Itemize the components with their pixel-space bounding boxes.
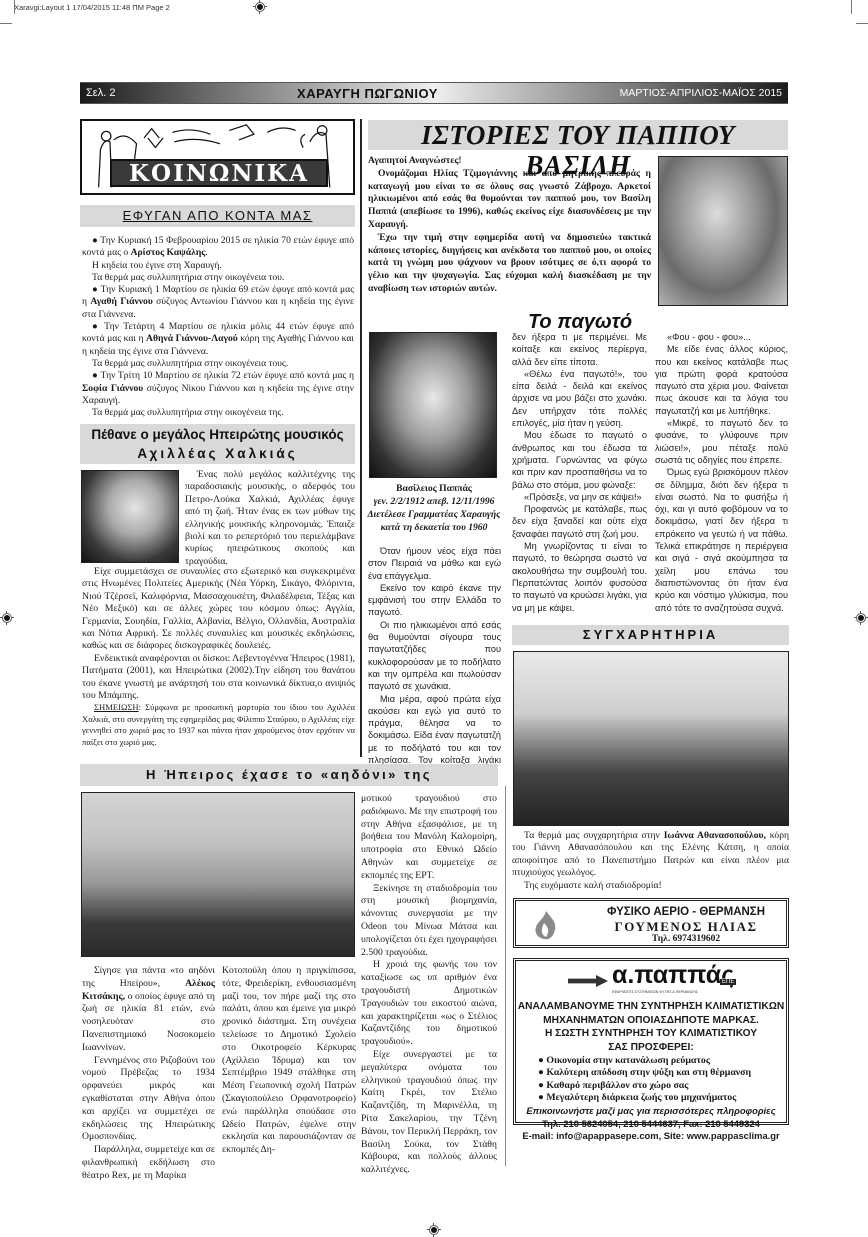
greeting: Αγαπητοί Αναγνώστες! bbox=[368, 155, 651, 168]
paragraph: Τα θερμά μας συγχαρητήρια στην Ιωάννα Αθ… bbox=[512, 830, 789, 880]
note-paragraph: ΣΗΜΕΙΩΣΗ: Σύμφωνα με προσωπική μαρτυρία … bbox=[82, 702, 355, 748]
paragraph: μοτικού τραγουδιού στο ραδιόφωνο. Με την… bbox=[361, 793, 497, 883]
paragraph: Όμως εγώ βρισκόμουν πλέον σε δίλημμα, δι… bbox=[655, 466, 788, 614]
paragraph: Γεννημένος στο Ριζοβούνι του νομού Πρέβε… bbox=[82, 1055, 215, 1145]
ad-cta: Επικοινωνήστε μαζί μας για περισσότερες … bbox=[516, 1105, 786, 1118]
headline-line-1: Πέθανε ο μεγάλος Ηπειρώτης μουσικός bbox=[80, 425, 355, 444]
story-column-1: Όταν ήμουν νέος είχα πάει στον Πειραιά ν… bbox=[368, 545, 501, 779]
obituary-item: ● Την Τρίτη 10 Μαρτίου σε ηλικία 72 ετών… bbox=[82, 370, 354, 407]
paragraph: Παράλληλα, συμμετείχε και σε φιλανθρωπικ… bbox=[82, 1144, 215, 1182]
registration-mark-icon bbox=[427, 1223, 441, 1237]
paragraph: Της ευχόμαστε καλή σταδιοδρομία! bbox=[512, 880, 789, 892]
paragraph: «Πρόσεξε, να μην σε κάψει!» bbox=[512, 491, 647, 503]
benefit-item: ● Καλύτερη απόδοση στην ψύξη και στη θέρ… bbox=[538, 1067, 788, 1079]
photo-chalkias bbox=[81, 470, 179, 563]
article-chalkias-body: Είχε συμμετάσχει σε συναυλίες στο εξωτερ… bbox=[82, 566, 355, 748]
koinonika-logo: ΚΟΙΝΩΝΙΚΑ bbox=[80, 119, 355, 195]
caption-dates: γεν. 2/2/1912 απεβ. 12/11/1996 bbox=[365, 495, 503, 508]
photo-vasilis-pappas bbox=[369, 332, 497, 478]
brand-suffix: ΕΠΕ bbox=[720, 979, 736, 985]
ad-headline: ΑΝΑΛΑΜΒΑΝΟΥΜΕ ΤΗΝ ΣΥΝΤΗΡΗΣΗ ΚΛΙΜΑΤΙΣΤΙΚΩ… bbox=[516, 1000, 786, 1054]
page-number: Σελ. 2 bbox=[86, 87, 115, 99]
ad-caps-line: Η ΣΩΣΤΗ ΣΥΝΤΗΡΗΣΗ ΤΟΥ ΚΛΙΜΑΤΙΣΤΙΚΟΥ bbox=[516, 1027, 786, 1041]
obituary-item: Τα θερμά μας συλλυπητήρια στην οικογένει… bbox=[82, 272, 354, 284]
article-chalkias-intro: Ένας πολύ μεγάλος καλλιτέχνης της παραδο… bbox=[185, 469, 355, 568]
kitsakis-column-3: μοτικού τραγουδιού στο ραδιόφωνο. Με την… bbox=[361, 793, 497, 1177]
photo-family bbox=[513, 651, 789, 826]
ad-contact: Επικοινωνήστε μαζί μας για περισσότερες … bbox=[516, 1105, 786, 1143]
registration-mark-icon bbox=[854, 611, 868, 625]
caption-role: Διετέλεσε Γραμματέας Χαραυγής κατά τη δε… bbox=[365, 508, 503, 534]
section-title: ΕΦΥΓΑΝ ΑΠΟ ΚΟΝΤΑ ΜΑΣ bbox=[123, 208, 313, 223]
paragraph: Όταν ήμουν νέος είχα πάει στον Πειραιά ν… bbox=[368, 545, 501, 582]
print-slug: Xaravgi:Layout 1 17/04/2015 11:48 ΠΜ Pag… bbox=[14, 3, 170, 12]
paragraph: Ξεκίνησε τη σταδιοδρομία του στη μουσική… bbox=[361, 883, 497, 960]
paragraph: Ονομάζομαι Ηλίας Τζιμογιάννης και από μη… bbox=[368, 168, 651, 232]
obituaries-list: ● Την Κυριακή 15 Φεβρουαρίου 2015 σε ηλι… bbox=[82, 235, 354, 419]
headline-kitsakis: Η Ήπειρος έχασε το «αηδόνι» της bbox=[80, 764, 498, 786]
paragraph: «Μικρέ, το παγωτό δεν το φυσάνε, το γλύφ… bbox=[655, 417, 788, 466]
headline-istories: ΙΣΤΟΡΙΕΣ ΤΟΥ ΠΑΠΠΟΥ ΒΑΣΙΛΗ bbox=[368, 120, 788, 150]
paragraph: Είχε συμμετάσχει σε συναυλίες στο εξωτερ… bbox=[82, 566, 355, 653]
ad-caps-line: ΣΑΣ ΠΡΟΣΦΕΡΕΙ: bbox=[516, 1041, 786, 1055]
kitsakis-column-1: Σίγησε για πάντα «το αηδόνι της Ηπείρου»… bbox=[82, 965, 215, 1183]
column-rule bbox=[505, 786, 506, 1166]
benefit-item: ● Μεγαλύτερη διάρκεια ζωής του μηχανήματ… bbox=[538, 1092, 788, 1104]
paragraph: Οι πιο ηλικιωμένοι από εσάς θα θυμούνται… bbox=[368, 619, 501, 693]
congratulations-text: Τα θερμά μας συγχαρητήρια στην Ιωάννα Αθ… bbox=[512, 830, 789, 892]
ad-natural-gas: ΦΥΣΙΚΟ ΑΕΡΙΟ - ΘΕΡΜΑΝΣΗ ΓΟΥΜΕΝΟΣ ΗΛΙΑΣ Τ… bbox=[513, 898, 789, 948]
paragraph: «Φου - φου - φου»... bbox=[655, 331, 788, 343]
ad-line-1: ΦΥΣΙΚΟ ΑΕΡΙΟ - ΘΕΡΜΑΝΣΗ bbox=[586, 906, 786, 918]
paragraph: Εκείνο τον καιρό έκανε την εμφάνισή του … bbox=[368, 582, 501, 619]
headline-congratulations: ΣΥΓΧΑΡΗΤΗΡΙΑ bbox=[512, 625, 789, 645]
ad-phones: Τηλ. 210 5624054, 210 5444637, Fax: 210 … bbox=[516, 1118, 786, 1131]
paragraph: Είχε συνεργαστεί με τα μεγαλύτερα ονόματ… bbox=[361, 1049, 497, 1177]
paragraph: Προφανώς με κατάλαβε, πως δεν είχα ξαναδ… bbox=[512, 503, 647, 540]
obituary-item: Τα θερμά μας συλλυπητήρια στην οικογένει… bbox=[82, 358, 354, 370]
crop-mark bbox=[14, 0, 15, 14]
crop-mark bbox=[856, 23, 868, 24]
crop-mark bbox=[851, 0, 852, 14]
photo-caption: Βασίλειος Παππάς γεν. 2/2/1912 απεβ. 12/… bbox=[365, 482, 503, 534]
paragraph: «Θέλω ένα παγωτό!», του είπα δειλά - δει… bbox=[512, 368, 647, 429]
ad-caps-line: ΑΝΑΛΑΜΒΑΝΟΥΜΕ ΤΗΝ ΣΥΝΤΗΡΗΣΗ ΚΛΙΜΑΤΙΣΤΙΚΩ… bbox=[516, 1000, 786, 1014]
paragraph: Ένας πολύ μεγάλος καλλιτέχνης της παραδο… bbox=[185, 469, 355, 568]
obituary-item: Η κηδεία του έγινε στη Χαραυγή. bbox=[82, 260, 354, 272]
photo-author bbox=[658, 156, 788, 306]
registration-mark-icon bbox=[253, 0, 267, 14]
ad-phone: Τηλ. 6974319602 bbox=[586, 934, 786, 944]
ad-line-2: ΓΟΥΜΕΝΟΣ ΗΛΙΑΣ bbox=[586, 919, 786, 935]
pappas-logo: α.παππάς ΕΦΑΡΜΟΓΕΣ ΣΥΣΤΗΜΑΤΩΝ ΨΥΞΗΣ & ΘΕ… bbox=[568, 967, 748, 997]
paragraph: Κοτοπούλη όπου η πριγκίπισσα, τότε, Φρει… bbox=[222, 965, 356, 1157]
paragraph: Ενδεικτικά αναφέρονται οι δίσκοι: Λεβεντ… bbox=[82, 653, 355, 703]
brand-subtitle: ΕΦΑΡΜΟΓΕΣ ΣΥΣΤΗΜΑΤΩΝ ΨΥΞΗΣ & ΘΕΡΜΑΝΣΗΣ bbox=[612, 990, 698, 994]
ad-benefits-list: ● Οικονομία στην κατανάλωση ρεύματος ● Κ… bbox=[538, 1055, 788, 1105]
ad-caps-line: ΜΗΧΑΝΗΜΑΤΩΝ ΟΠΟΙΑΣΔΗΠΟΤΕ ΜΑΡΚΑΣ. bbox=[516, 1014, 786, 1028]
headline-chalkias: Πέθανε ο μεγάλος Ηπειρώτης μουσικός Αχιλ… bbox=[80, 424, 355, 464]
newspaper-title: ΧΑΡΑΥΓΗ ΠΩΓΩΝΙΟΥ bbox=[297, 86, 438, 101]
paragraph: Έχω την τιμή στην εφημερίδα αυτή να δημο… bbox=[368, 232, 651, 296]
kitsakis-column-2: Κοτοπούλη όπου η πριγκίπισσα, τότε, Φρει… bbox=[222, 965, 356, 1157]
paragraph: Η χροιά της φωνής του τον καταξίωσε ως υ… bbox=[361, 959, 497, 1049]
headline-line-2: Αχιλλέας Χαλκιάς bbox=[80, 444, 355, 463]
paragraph: δεν ήξερα τι με περιμένει. Με κοίταξε κα… bbox=[512, 331, 647, 368]
brand-name: α.παππάς bbox=[612, 961, 734, 990]
istories-intro: Αγαπητοί Αναγνώστες! Ονομάζομαι Ηλίας Τζ… bbox=[368, 155, 651, 296]
crop-mark bbox=[0, 23, 12, 24]
paragraph: Σίγησε για πάντα «το αηδόνι της Ηπείρου»… bbox=[82, 965, 215, 1055]
arrow-icon bbox=[568, 975, 608, 987]
benefit-item: ● Οικονομία στην κατανάλωση ρεύματος bbox=[538, 1055, 788, 1067]
ad-pappas-climate: α.παππάς ΕΦΑΡΜΟΓΕΣ ΣΥΣΤΗΜΑΤΩΝ ΨΥΞΗΣ & ΘΕ… bbox=[513, 958, 789, 1125]
masthead-bar: Σελ. 2 ΧΑΡΑΥΓΗ ΠΩΓΩΝΙΟΥ ΜΑΡΤΙΟΣ-ΑΠΡΙΛΙΟΣ… bbox=[80, 82, 788, 104]
paragraph: Μη γνωρίζοντας τι είναι το παγωτό, το θε… bbox=[512, 540, 647, 614]
flame-icon bbox=[532, 909, 560, 941]
obituary-item: ● Την Κυριακή 1 Μαρτίου σε ηλικία 69 ετώ… bbox=[82, 284, 354, 321]
paragraph: Μου έδωσε το παγωτό ο άνθρωπος και του έ… bbox=[512, 429, 647, 490]
story-column-3: «Φου - φου - φου»... Με είδε ένας άλλος … bbox=[655, 331, 788, 614]
column-rule bbox=[360, 119, 362, 757]
benefit-item: ● Καθαρό περιβάλλον στο χώρο σας bbox=[538, 1080, 788, 1092]
paragraph: Με είδε ένας άλλος κύριος, που και εκείν… bbox=[655, 343, 788, 417]
koinonika-banner: ΚΟΙΝΩΝΙΚΑ bbox=[110, 159, 328, 187]
ad-email-site: E-mail: info@apappasepe.com, Site: www.p… bbox=[516, 1130, 786, 1143]
section-header-obituaries: ΕΦΥΓΑΝ ΑΠΟ ΚΟΝΤΑ ΜΑΣ bbox=[80, 205, 355, 227]
caption-name: Βασίλειος Παππάς bbox=[365, 482, 503, 495]
story-column-2: δεν ήξερα τι με περιμένει. Με κοίταξε κα… bbox=[512, 331, 647, 614]
obituary-item: Τα θερμά μας συλλυπητήρια στην οικογένει… bbox=[82, 407, 354, 419]
issue-date: ΜΑΡΤΙΟΣ-ΑΠΡΙΛΙΟΣ-ΜΑΪΟΣ 2015 bbox=[620, 87, 782, 99]
photo-kitsakis bbox=[81, 792, 355, 957]
registration-mark-icon bbox=[0, 611, 14, 625]
obituary-item: ● Την Τετάρτη 4 Μαρτίου σε ηλικία μόλις … bbox=[82, 321, 354, 358]
obituary-item: ● Την Κυριακή 15 Φεβρουαρίου 2015 σε ηλι… bbox=[82, 235, 354, 260]
